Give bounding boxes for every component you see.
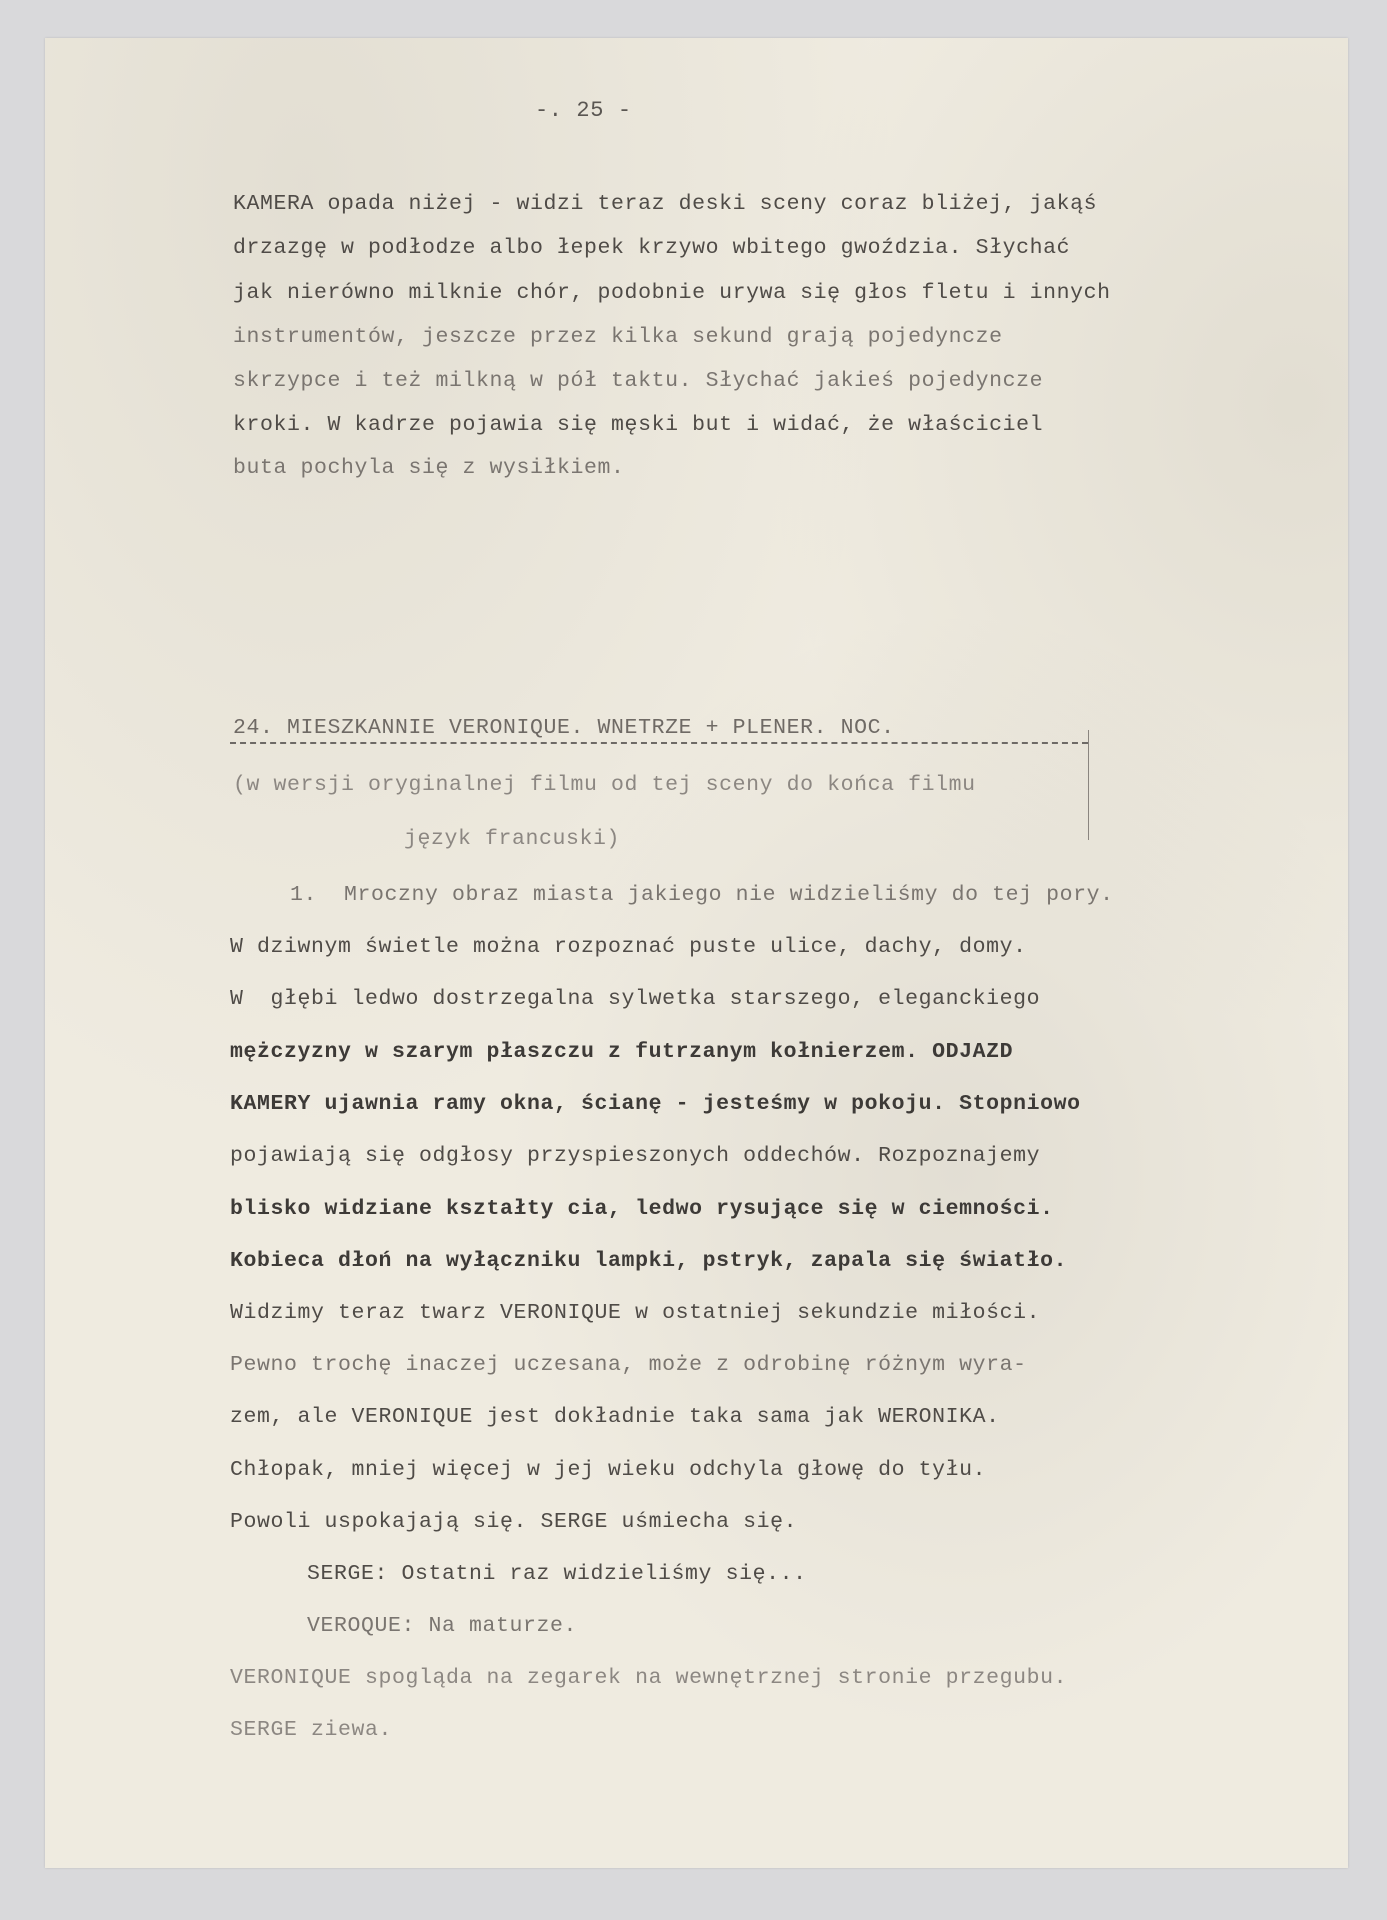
text-line: W dziwnym świetle można rozpoznać puste … xyxy=(230,935,1027,959)
text-line: drzazgę w podłodze albo łepek krzywo wbi… xyxy=(233,236,1070,260)
text-line: Chłopak, mniej więcej w jej wieku odchyl… xyxy=(230,1458,986,1482)
text-line: VERONIQUE spogląda na zegarek na wewnętr… xyxy=(230,1666,1067,1690)
text-line: skrzypce i też milkną w pół taktu. Słych… xyxy=(233,369,1043,393)
text-line: kroki. W kadrze pojawia się męski but i … xyxy=(233,413,1043,437)
text-line: Kobieca dłoń na wyłączniku lampki, pstry… xyxy=(230,1249,1067,1273)
text-line: KAMERA opada niżej - widzi teraz deski s… xyxy=(233,192,1097,216)
text-line: instrumentów, jeszcze przez kilka sekund… xyxy=(233,325,1003,349)
dialogue-line-serge: SERGE: Ostatni raz widzieliśmy się... xyxy=(307,1562,807,1586)
text-line: zem, ale VERONIQUE jest dokładnie taka s… xyxy=(230,1405,1000,1429)
scene-heading: 24. MIESZKANNIE VERONIQUE. WNETRZE + PLE… xyxy=(233,716,895,740)
dialogue-line-veronique: VEROQUE: Na maturze. xyxy=(307,1614,577,1638)
margin-mark xyxy=(1088,730,1089,840)
text-line: 1. Mroczny obraz miasta jakiego nie widz… xyxy=(290,883,1114,907)
text-line: Powoli uspokajają się. SERGE uśmiecha si… xyxy=(230,1510,797,1534)
scene-note-line-2: język francuski) xyxy=(404,827,620,851)
text-line: W głębi ledwo dostrzegalna sylwetka star… xyxy=(230,987,1040,1011)
scene-note-line-1: (w wersji oryginalnej filmu od tej sceny… xyxy=(233,773,976,797)
text-line: blisko widziane kształty cia, ledwo rysu… xyxy=(230,1197,1054,1221)
text-line: jak nierówno milknie chór, podobnie uryw… xyxy=(233,281,1111,305)
text-line: KAMERY ujawnia ramy okna, ścianę - jeste… xyxy=(230,1092,1081,1116)
text-line: pojawiają się odgłosy przyspieszonych od… xyxy=(230,1144,1040,1168)
text-line: mężczyzny w szarym płaszczu z futrzanym … xyxy=(230,1040,1013,1064)
text-line: SERGE ziewa. xyxy=(230,1718,392,1742)
text-line: buta pochyla się z wysiłkiem. xyxy=(233,456,625,480)
page-number: -. 25 - xyxy=(535,98,632,123)
text-line: Widzimy teraz twarz VERONIQUE w ostatnie… xyxy=(230,1301,1040,1325)
heading-underline xyxy=(230,742,1088,744)
text-line: Pewno trochę inaczej uczesana, może z od… xyxy=(230,1353,1027,1377)
